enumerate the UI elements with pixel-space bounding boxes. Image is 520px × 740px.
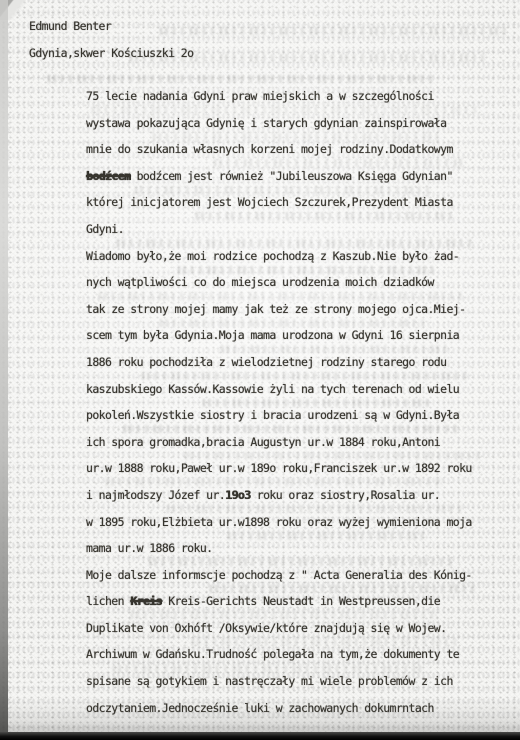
text-segment: bodźcem jest również "Jubileuszowa Księg… (130, 169, 453, 183)
bleed-through-line (160, 27, 505, 35)
text-line: ur.w 1888 roku,Paweł ur.w 189o roku,Fran… (86, 455, 520, 482)
text-segment: której inicjatorem jest Wojciech Szczure… (86, 195, 453, 209)
text-segment: w 1895 roku,Elżbieta ur.w1898 roku oraz … (86, 515, 472, 529)
text-line: nych wątpliwości co do miejsca urodzenia… (86, 269, 520, 296)
text-line: Wiadomo było,że moi rodzice pochodzą z K… (86, 243, 520, 270)
text-segment: wystawa pokazująca Gdynię i starych gdyn… (86, 116, 446, 130)
scanned-document-page: Edmund Benter Gdynia,skwer Kościuszki 2o… (0, 0, 520, 740)
text-line: ich spora gromadka,bracia Augustyn ur.w … (86, 429, 520, 456)
text-segment: spisane są gotykiem i nastręczały mi wie… (86, 674, 453, 688)
document-body: 75 lecie nadania Gdyni praw miejskich a … (86, 83, 520, 721)
scan-edge-bottom (0, 732, 520, 740)
text-segment: Wiadomo było,że moi rodzice pochodzą z K… (86, 249, 459, 263)
text-line: Duplikate von Oxhóft /Oksywie/które znaj… (86, 615, 520, 642)
text-segment: i najmłodszy Józef ur. (86, 488, 225, 502)
struck-out-word: Kreis (130, 594, 162, 608)
text-line: Archiwum w Gdańsku.Trudność polegała na … (86, 641, 520, 668)
text-line: w 1895 roku,Elżbieta ur.w1898 roku oraz … (86, 509, 520, 536)
text-segment: mnie do szukania własnych korzeni mojej … (86, 142, 453, 156)
text-line: lichen Kreis Kreis-Gerichts Neustadt in … (86, 588, 520, 615)
text-line: 75 lecie nadania Gdyni praw miejskich a … (86, 83, 520, 110)
text-segment: Moje dalsze informscje pochodzą z " Acta… (86, 568, 472, 582)
text-segment: pokoleń.Wszystkie siostry i bracia urodz… (86, 408, 459, 422)
text-segment: Kreis-Gerichts Neustadt in Westpreussen,… (162, 594, 440, 608)
text-segment: roku oraz siostry,Rosalia ur. (250, 488, 440, 502)
text-line: mama ur.w 1886 roku. (86, 535, 520, 562)
text-segment: nych wątpliwości co do miejsca urodzenia… (86, 275, 434, 289)
text-line: scem tym była Gdynia.Moja mama urodzona … (86, 322, 520, 349)
author-address: Gdynia,skwer Kościuszki 2o (29, 46, 193, 60)
text-line: wystawa pokazująca Gdynię i starych gdyn… (86, 110, 520, 137)
text-segment: Duplikate von Oxhóft /Oksywie/które znaj… (86, 621, 446, 635)
text-segment: ur.w 1888 roku,Paweł ur.w 189o roku,Fran… (86, 461, 472, 475)
text-segment: 19o3 (225, 488, 250, 502)
text-segment: mama ur.w 1886 roku. (86, 541, 212, 555)
struck-out-word: bodźcem (86, 169, 130, 183)
text-segment: 75 lecie nadania Gdyni praw miejskich a … (86, 89, 434, 103)
text-line: Gdyni. (86, 216, 520, 243)
scan-edge-left (0, 0, 8, 740)
text-segment: ich spora gromadka,bracia Augustyn ur.w … (86, 435, 440, 449)
text-line: tak ze strony mojej mamy jak też ze stro… (86, 296, 520, 323)
text-line: kaszubskiego Kassów.Kassowie żyli na tyc… (86, 376, 520, 403)
text-line: bodźcem bodźcem jest również "Jubileuszo… (86, 163, 520, 190)
text-segment: 1886 roku pochodziła z wielodzietnej rod… (86, 355, 446, 369)
text-line: której inicjatorem jest Wojciech Szczure… (86, 189, 520, 216)
text-segment: tak ze strony mojej mamy jak też ze stro… (86, 302, 465, 316)
text-segment: lichen (86, 594, 130, 608)
text-line: spisane są gotykiem i nastręczały mi wie… (86, 668, 520, 695)
text-segment: kaszubskiego Kassów.Kassowie żyli na tyc… (86, 382, 459, 396)
text-line: mnie do szukania własnych korzeni mojej … (86, 136, 520, 163)
bleed-through-line (48, 75, 438, 83)
text-line: pokoleń.Wszystkie siostry i bracia urodz… (86, 402, 520, 429)
text-line: i najmłodszy Józef ur.19o3 roku oraz sio… (86, 482, 520, 509)
author-name: Edmund Benter (29, 19, 111, 33)
text-line: 1886 roku pochodziła z wielodzietnej rod… (86, 349, 520, 376)
text-segment: Gdyni. (86, 222, 124, 236)
text-segment: scem tym była Gdynia.Moja mama urodzona … (86, 328, 459, 342)
scan-shadow-bottom (0, 698, 520, 732)
text-line: Moje dalsze informscje pochodzą z " Acta… (86, 562, 520, 589)
text-segment: Archiwum w Gdańsku.Trudność polegała na … (86, 647, 459, 661)
